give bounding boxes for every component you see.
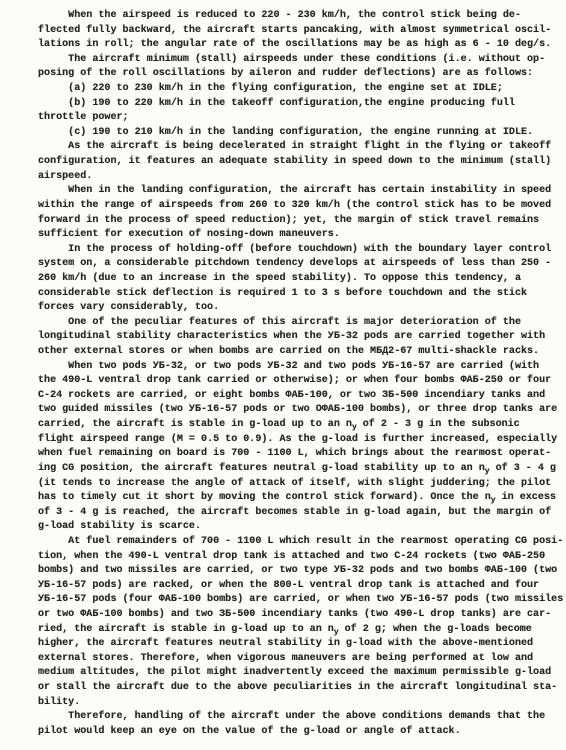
text-line: bility. — [38, 696, 538, 711]
text-line: The aircraft minimum (stall) airspeeds u… — [38, 53, 538, 68]
text-line: (a) 220 to 230 km/h in the flying config… — [38, 82, 538, 97]
text-line: forward in the process of speed reductio… — [38, 214, 538, 229]
text-line: ried, the aircraft is stable in g-load u… — [38, 623, 538, 638]
text-line: (c) 190 to 210 km/h in the landing confi… — [38, 126, 538, 141]
text-line: external stores. Therefore, when vigorou… — [38, 652, 538, 667]
text-line: g-load stability is scarce. — [38, 520, 538, 535]
text-line: УБ-16-57 pods) are racked, or when the 8… — [38, 579, 538, 594]
document-page: When the airspeed is reduced to 220 - 23… — [0, 0, 566, 750]
text-line: (b) 190 to 220 km/h in the takeoff confi… — [38, 97, 538, 112]
text-line: bombs) and two missiles are carried, or … — [38, 564, 538, 579]
text-line: (it tends to increase the angle of attac… — [38, 477, 538, 492]
text-line: posing of the roll oscillations by ailer… — [38, 67, 538, 82]
text-line: within the range of airspeeds from 260 t… — [38, 199, 538, 214]
document-body: When the airspeed is reduced to 220 - 23… — [38, 9, 538, 739]
text-line: carried, the aircraft is stable in g-loa… — [38, 418, 538, 433]
text-line: When the airspeed is reduced to 220 - 23… — [38, 9, 538, 24]
text-line: At fuel remainders of 700 - 1100 L which… — [38, 535, 538, 550]
text-line: lations in roll; the angular rate of the… — [38, 38, 538, 53]
text-line: configuration, it features an adequate s… — [38, 155, 538, 170]
text-line: when fuel remaining on board is 700 - 11… — [38, 447, 538, 462]
text-line: has to timely cut it short by moving the… — [38, 491, 538, 506]
text-line: When in the landing configuration, the a… — [38, 184, 538, 199]
text-line: 260 km/h (due to an increase in the spee… — [38, 272, 538, 287]
text-line: of 3 - 4 g is reached, the aircraft beco… — [38, 506, 538, 521]
text-line: the 490-L ventral drop tank carried or o… — [38, 374, 538, 389]
text-line: tion, when the 490-L ventral drop tank i… — [38, 550, 538, 565]
text-line: Therefore, handling of the aircraft unde… — [38, 710, 538, 725]
text-line: pilot would keep an eye on the value of … — [38, 725, 538, 740]
text-line: In the process of holding-off (before to… — [38, 243, 538, 258]
text-line: forces vary considerably, too. — [38, 301, 538, 316]
text-line: higher, the aircraft features neutral st… — [38, 637, 538, 652]
text-line: flected fully backward, the aircraft sta… — [38, 24, 538, 39]
text-line: sufficient for execution of nosing-down … — [38, 228, 538, 243]
text-line: system on, a considerable pitchdown tend… — [38, 257, 538, 272]
text-line: One of the peculiar features of this air… — [38, 316, 538, 331]
text-line: medium altitudes, the pilot might inadve… — [38, 666, 538, 681]
text-line: throttle power; — [38, 111, 538, 126]
text-line: other external stores or when bombs are … — [38, 345, 538, 360]
text-line: airspeed. — [38, 170, 538, 185]
text-line: When two pods УБ-32, or two pods УБ-32 a… — [38, 360, 538, 375]
text-line: flight airspeed range (M = 0.5 to 0.9). … — [38, 433, 538, 448]
text-line: or stall the aircraft due to the above p… — [38, 681, 538, 696]
text-line: ing CG position, the aircraft features n… — [38, 462, 538, 477]
text-line: two guided missiles (two УБ-16-57 pods o… — [38, 403, 538, 418]
text-line: As the aircraft is being decelerated in … — [38, 140, 538, 155]
text-line: УБ-16-57 pods (four ФАБ-100 bombs) are c… — [38, 593, 538, 608]
text-line: longitudinal stability characteristics w… — [38, 330, 538, 345]
text-line: considerable stick deflection is require… — [38, 287, 538, 302]
text-line: С-24 rockets are carried, or eight bombs… — [38, 389, 538, 404]
text-line: or two ФАБ-100 bombs) and two ЗБ-500 inc… — [38, 608, 538, 623]
